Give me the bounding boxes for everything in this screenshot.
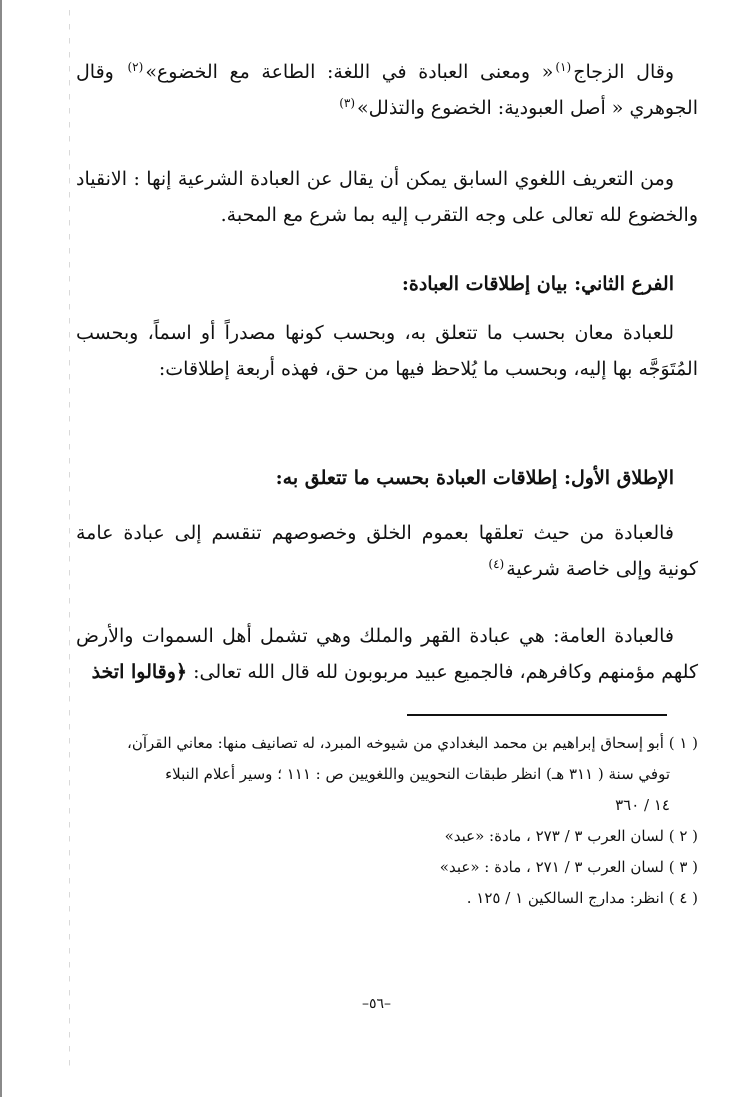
paragraph-sharia-definition: ومن التعريف اللغوي السابق يمكن أن يقال ع… [76, 161, 698, 233]
paragraph-text: فالعبادة من حيث تعلقها بعموم الخلق وخصوص… [76, 522, 698, 580]
section-heading-first-usage: الإطلاق الأول: إطلاقات العبادة بحسب ما ت… [76, 460, 698, 496]
footnote-text: لسان العرب ٣ / ٢٧٣ ، مادة: «عبد» [445, 827, 664, 845]
footnote-number: ( ١ ) [669, 734, 698, 752]
paragraph-general-specific: فالعبادة من حيث تعلقها بعموم الخلق وخصوص… [76, 515, 698, 587]
heading-text: الفرع الثاني: بيان إطلاقات العبادة: [402, 273, 674, 295]
paragraph-zajjaj-jawhari: وقال الزجاج(١)« ومعنى العبادة في اللغة: … [76, 54, 698, 126]
quran-open-bracket-icon: ﴿ [176, 661, 187, 683]
scan-margin-noise [69, 10, 70, 1070]
footnote-1: ( ١ ) أبو إسحاق إبراهيم بن محمد البغدادي… [76, 728, 698, 821]
footnote-ref-2[interactable]: (٢) [127, 60, 143, 74]
footnote-number: ( ٣ ) [669, 858, 698, 876]
footnote-ref-1[interactable]: (١) [555, 60, 571, 74]
footnote-separator [407, 714, 667, 716]
footnote-text: ١٤ / ٣٦٠ [76, 790, 698, 821]
footnote-3: ( ٣ ) لسان العرب ٣ / ٢٧١ ، مادة : «عبد» [76, 852, 698, 883]
footnote-text: انظر: مدارج السالكين ١ / ١٢٥ . [467, 889, 664, 907]
paragraph-text: ومن التعريف اللغوي السابق يمكن أن يقال ع… [76, 168, 698, 226]
paragraph-four-usages: للعبادة معان بحسب ما تتعلق به، وبحسب كون… [76, 315, 698, 387]
footnote-text: توفي سنة ( ٣١١ هـ) انظر طبقات النحويين و… [76, 759, 698, 790]
footnotes-section: ( ١ ) أبو إسحاق إبراهيم بن محمد البغدادي… [76, 728, 698, 914]
footnote-2: ( ٢ ) لسان العرب ٣ / ٢٧٣ ، مادة: «عبد» [76, 821, 698, 852]
paragraph-text: للعبادة معان بحسب ما تتعلق به، وبحسب كون… [76, 322, 698, 380]
section-heading-second-branch: الفرع الثاني: بيان إطلاقات العبادة: [76, 266, 698, 302]
heading-text: الإطلاق الأول: إطلاقات العبادة بحسب ما ت… [276, 467, 674, 489]
scan-left-border [0, 0, 2, 1097]
footnote-text: أبو إسحاق إبراهيم بن محمد البغدادي من شي… [127, 734, 664, 752]
paragraph-text: « ومعنى العبادة في اللغة: الطاعة مع الخض… [145, 61, 553, 83]
footnote-ref-4[interactable]: (٤) [488, 557, 504, 571]
footnote-number: ( ٤ ) [669, 889, 698, 907]
footnote-ref-3[interactable]: (٣) [339, 96, 355, 110]
page-number: –٥٦– [0, 996, 753, 1012]
footnote-number: ( ٢ ) [669, 827, 698, 845]
footnote-text: لسان العرب ٣ / ٢٧١ ، مادة : «عبد» [440, 858, 664, 876]
footnote-4: ( ٤ ) انظر: مدارج السالكين ١ / ١٢٥ . [76, 883, 698, 914]
paragraph-text: وقال الزجاج [573, 61, 674, 83]
quran-verse-text: وقالوا اتخذ [92, 661, 176, 683]
paragraph-general-worship: فالعبادة العامة: هي عبادة القهر والملك و… [76, 618, 698, 690]
